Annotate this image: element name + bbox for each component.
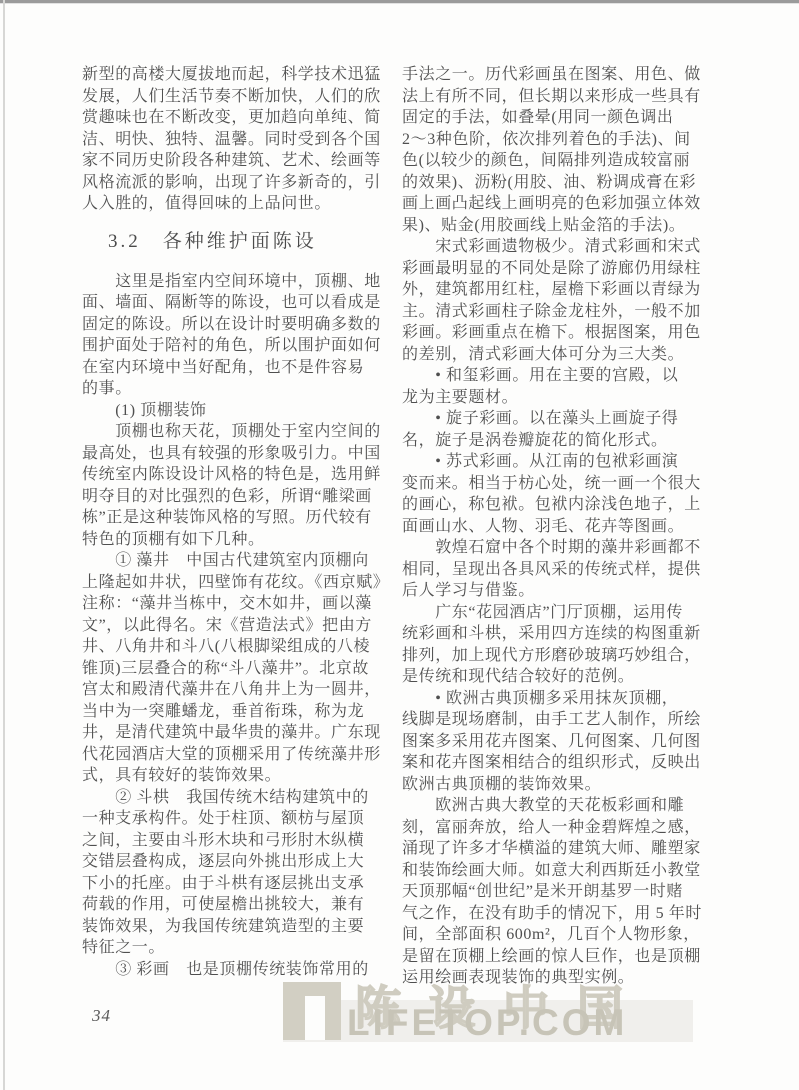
text-line: 龙为主要题材。 bbox=[402, 387, 720, 409]
scan-edge-top-soft bbox=[0, 3, 799, 4]
text-line: 交错层叠构成，逐层向外挑出形成上大 bbox=[82, 851, 400, 873]
text-line: ③ 彩画 也是顶棚传统装饰常用的 bbox=[82, 959, 400, 981]
text-line: 注称：“藻井当栋中，交木如井，画以藻 bbox=[82, 593, 400, 615]
text-line: 运用绘画表现装饰的典型实例。 bbox=[402, 967, 720, 989]
text-line: 的画心，称包袱。包袱内涂浅色地子，上 bbox=[402, 494, 720, 516]
text-line: 下小的托座。由于斗栱有逐层挑出支承 bbox=[82, 873, 400, 895]
text-line: 的效果)、沥粉(用胶、油、粉调成膏在彩 bbox=[402, 172, 720, 194]
text-line: 这里是指室内空间环境中，顶棚、地 bbox=[82, 271, 400, 293]
text-line: 栋”正是这种装饰风格的写照。历代较有 bbox=[82, 507, 400, 529]
text-line: 排列，加上现代方形磨砂玻璃巧妙组合， bbox=[402, 645, 720, 667]
text-line: 气之作，在没有助手的情况下，用 5 年时 bbox=[402, 903, 720, 925]
text-line: 式，具有较好的装饰效果。 bbox=[82, 765, 400, 787]
book-page: 陈设中国 LIFETOP.COM 新型的高楼大厦拔地而起，科学技术迅猛发展，人们… bbox=[0, 0, 799, 1090]
text-line: 明夺目的对比强烈的色彩，所谓“雕梁画 bbox=[82, 486, 400, 508]
text-line: 后人学习与借鉴。 bbox=[402, 580, 720, 602]
text-line: • 旋子彩画。以在藻头上画旋子得 bbox=[402, 408, 720, 430]
text-line: 特征之一。 bbox=[82, 937, 400, 959]
text-line: 相同，呈现出各具风采的传统式样，提供 bbox=[402, 559, 720, 581]
text-line: 一种支承构件。处于柱顶、额枋与屋顶 bbox=[82, 808, 400, 830]
text-line: • 欧洲古典顶棚多采用抹灰顶棚， bbox=[402, 688, 720, 710]
text-line: 顶棚也称天花，顶棚处于室内空间的 bbox=[82, 421, 400, 443]
text-line: 赏趣味也在不断改变，更加趋向单纯、简 bbox=[82, 107, 400, 129]
text-line: 主。清式彩画柱子除金龙柱外，一般不加 bbox=[402, 301, 720, 323]
text-line: 的事。 bbox=[82, 378, 400, 400]
text-line: 是留在顶棚上绘画的惊人巨作，也是顶棚 bbox=[402, 946, 720, 968]
text-line: 彩画最明显的不同处是除了游廊仍用绿柱 bbox=[402, 258, 720, 280]
text-line: 画上画凸起线上画明亮的色彩加强立体效 bbox=[402, 193, 720, 215]
text-line: • 苏式彩画。从江南的包袱彩画演 bbox=[402, 451, 720, 473]
text-line: 名，旋子是涡卷瓣旋花的简化形式。 bbox=[402, 430, 720, 452]
text-line: 最高处，也具有较强的形象吸引力。中国 bbox=[82, 443, 400, 465]
section-heading: 3.2 各种维护面陈设 bbox=[82, 230, 400, 254]
text-line: 果)、贴金(用胶画线上贴金箔的手法)。 bbox=[402, 215, 720, 237]
text-line: 家不同历史阶段各种建筑、艺术、绘画等 bbox=[82, 150, 400, 172]
text-line: 上隆起如井状，四壁饰有花纹。《西京赋》 bbox=[82, 572, 400, 594]
lifetop-logo-icon bbox=[283, 982, 341, 1040]
text-line: 之间，主要由斗形木块和弓形肘木纵横 bbox=[82, 830, 400, 852]
text-line: 荷载的作用，可使屋檐出挑较大，兼有 bbox=[82, 894, 400, 916]
text-line: 色(以较少的颜色，间隔排列造成较富丽 bbox=[402, 150, 720, 172]
text-line: 间，全部面积 600m²，几百个人物形象， bbox=[402, 924, 720, 946]
text-line: 井，是清代建筑中最华贵的藻井。广东现 bbox=[82, 722, 400, 744]
text-line: 手法之一。历代彩画虽在图案、用色、做 bbox=[402, 64, 720, 86]
text-line: 面、墙面、隔断等的陈设，也可以看成是 bbox=[82, 292, 400, 314]
text-line: 是传统和现代结合较好的范例。 bbox=[402, 666, 720, 688]
text-line: 宫太和殿清代藻井在八角井上为一圆井， bbox=[82, 679, 400, 701]
text-line: ① 藻井 中国古代建筑室内顶棚向 bbox=[82, 550, 400, 572]
text-line: 2～3种色阶，依次排列着色的手法)、间 bbox=[402, 129, 720, 151]
text-line: ② 斗栱 我国传统木结构建筑中的 bbox=[82, 787, 400, 809]
text-line: 涌现了许多才华横溢的建筑大师、雕塑家 bbox=[402, 838, 720, 860]
text-line: 文”，以此得名。宋《营造法式》把由方 bbox=[82, 615, 400, 637]
text-line: 欧洲古典顶棚的装饰效果。 bbox=[402, 774, 720, 796]
scan-edge-left bbox=[3, 0, 5, 1090]
text-line: 人入胜的，值得回味的上品问世。 bbox=[82, 193, 400, 215]
text-line: 彩画。彩画重点在檐下。根据图案，用色 bbox=[402, 322, 720, 344]
text-line: 敦煌石窟中各个时期的藻井彩画都不 bbox=[402, 537, 720, 559]
text-line: 固定的陈设。所以在设计时要明确多数的 bbox=[82, 314, 400, 336]
text-line: 的差别，清式彩画大体可分为三大类。 bbox=[402, 344, 720, 366]
text-line: 外，建筑都用红柱，屋檐下彩画以青绿为 bbox=[402, 279, 720, 301]
text-line: 天顶那幅“创世纪”是米开朗基罗一时赌 bbox=[402, 881, 720, 903]
watermark-site-text: LIFETOP.COM bbox=[347, 1002, 627, 1044]
text-line: 围护面处于陪衬的角色，所以围护面如何 bbox=[82, 335, 400, 357]
text-line: 井、八角井和斗八(八根脚梁组成的八棱 bbox=[82, 636, 400, 658]
right-text-column: 手法之一。历代彩画虽在图案、用色、做法上有所不同，但长期以来形成一些具有固定的手… bbox=[402, 64, 720, 989]
text-line: 宋式彩画遗物极少。清式彩画和宋式 bbox=[402, 236, 720, 258]
text-line: 变而来。相当于枋心处，统一画一个很大 bbox=[402, 473, 720, 495]
text-line: 在室内环境中当好配角，也不是件容易 bbox=[82, 357, 400, 379]
lifetop-logo-notch bbox=[305, 996, 325, 1040]
text-line: (1) 顶棚装饰 bbox=[82, 400, 400, 422]
text-line: 特色的顶棚有如下几种。 bbox=[82, 529, 400, 551]
text-line: 洁、明快、独特、温馨。同时受到各个国 bbox=[82, 129, 400, 151]
text-line: 广东“花园酒店”门厅顶棚，运用传 bbox=[402, 602, 720, 624]
text-line: 新型的高楼大厦拔地而起，科学技术迅猛 bbox=[82, 64, 400, 86]
text-line: 面画山水、人物、羽毛、花卉等图画。 bbox=[402, 516, 720, 538]
text-line: 图案多采用花卉图案、几何图案、几何图 bbox=[402, 731, 720, 753]
text-line: 刻，富丽奔放，给人一种金碧辉煌之感， bbox=[402, 817, 720, 839]
text-line: • 和玺彩画。用在主要的宫殿，以 bbox=[402, 365, 720, 387]
text-line: 和装饰绘画大师。如意大利西斯廷小教堂 bbox=[402, 860, 720, 882]
left-text-column: 新型的高楼大厦拔地而起，科学技术迅猛发展，人们生活节奏不断加快，人们的欣赏趣味也… bbox=[82, 64, 400, 980]
text-line: 装饰效果，为我国传统建筑造型的主要 bbox=[82, 916, 400, 938]
page-number: 34 bbox=[92, 1006, 111, 1026]
text-line: 传统室内陈设设计风格的特色是，选用鲜 bbox=[82, 464, 400, 486]
text-line: 案和花卉图案相结合的组织形式，反映出 bbox=[402, 752, 720, 774]
text-line: 代花园酒店大堂的顶棚采用了传统藻井形 bbox=[82, 744, 400, 766]
text-line: 线脚是现场磨制，由手工艺人制作，所绘 bbox=[402, 709, 720, 731]
text-line: 固定的手法，如叠晕(用同一颜色调出 bbox=[402, 107, 720, 129]
text-line: 当中为一突雕蟠龙，垂首衔珠，称为龙 bbox=[82, 701, 400, 723]
text-line: 发展，人们生活节奏不断加快，人们的欣 bbox=[82, 86, 400, 108]
text-line: 法上有所不同，但长期以来形成一些具有 bbox=[402, 86, 720, 108]
text-line: 统彩画和斗栱，采用四方连续的构图重新 bbox=[402, 623, 720, 645]
text-line: 锥顶)三层叠合的称“斗八藻井”。北京故 bbox=[82, 658, 400, 680]
text-line: 风格流派的影响，出现了许多新奇的，引 bbox=[82, 172, 400, 194]
text-line: 欧洲古典大教堂的天花板彩画和雕 bbox=[402, 795, 720, 817]
